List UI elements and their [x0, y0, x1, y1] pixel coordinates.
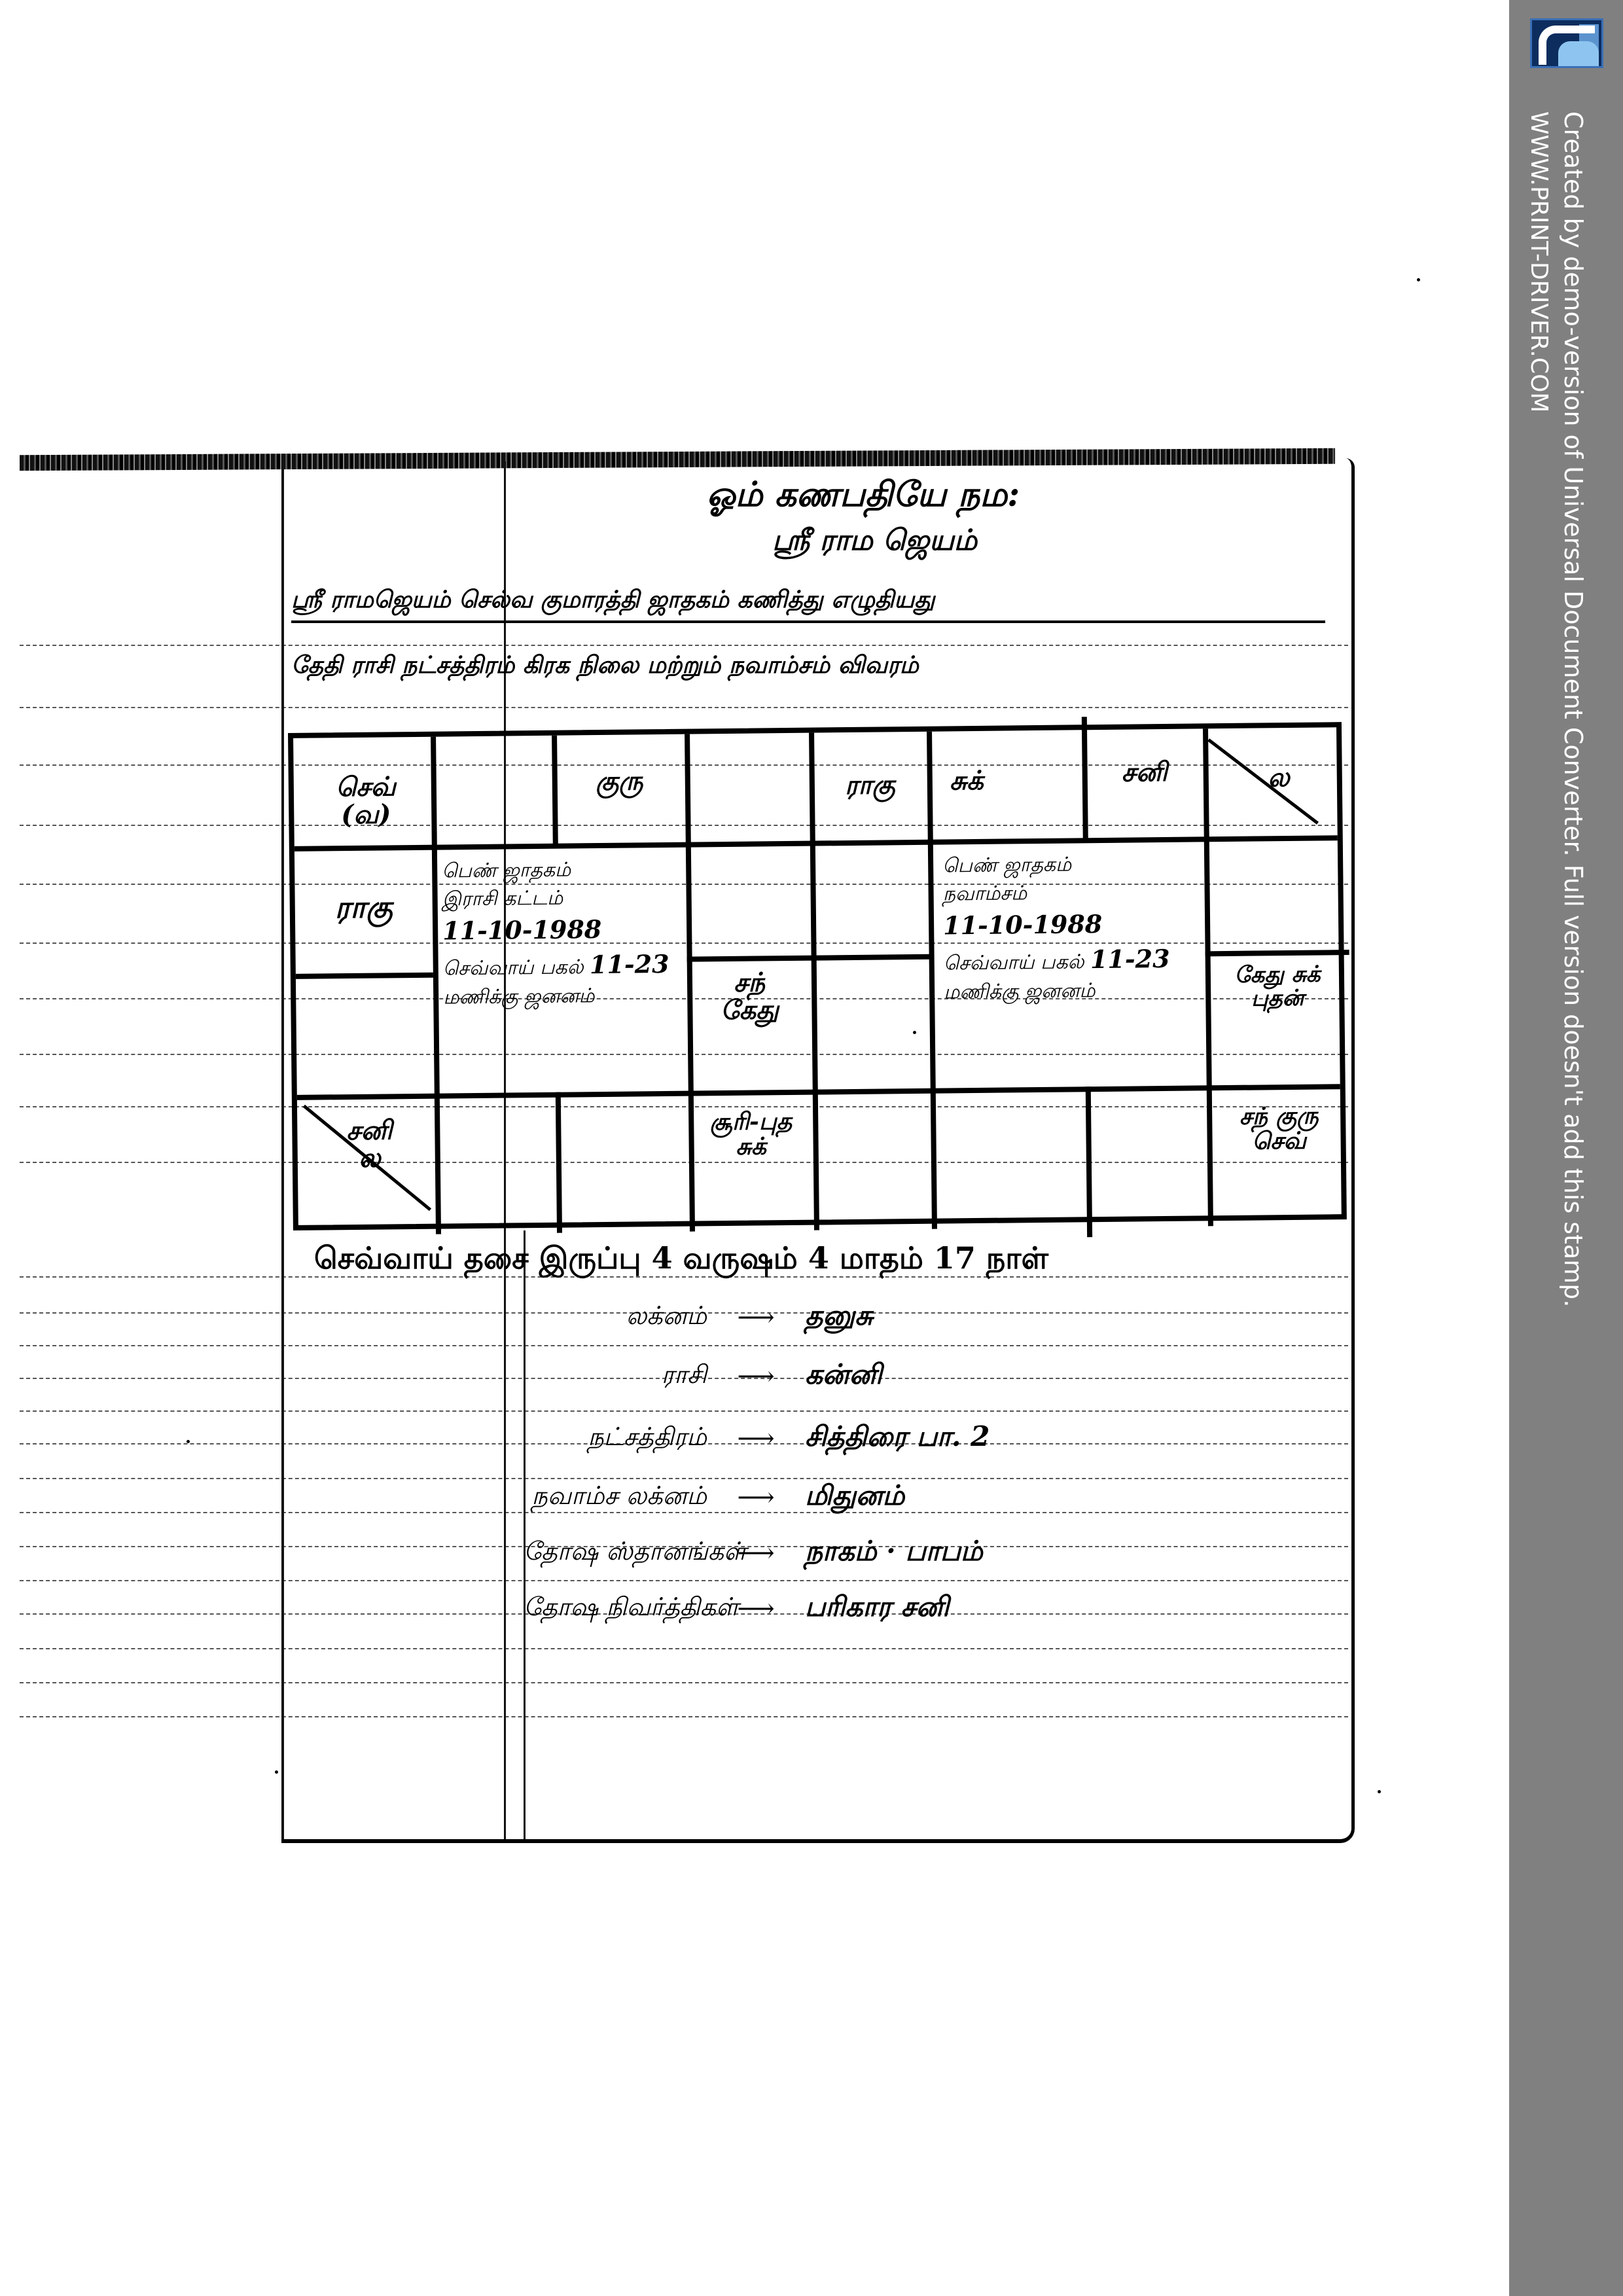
detail-row: ராசி ⟶ கன்னி [524, 1358, 882, 1394]
birth-day: செவ்வாய் பகல் [443, 956, 584, 980]
lagna-cell: ல [1230, 763, 1328, 792]
scan-speck [275, 1770, 278, 1774]
grid-line [928, 840, 937, 1229]
invocation-subtitle: ஸ்ரீ ராம ஜெயம் [772, 524, 977, 561]
birth-note: மணிக்கு ஜனனம் [944, 977, 1170, 1007]
grid-line [1205, 950, 1349, 956]
detail-value: சித்திரை பா. 2 [805, 1420, 990, 1456]
detail-row: தோஷ நிவர்த்திகள் ⟶ பரிகார சனி [524, 1590, 949, 1626]
detail-key: நட்சத்திரம் [524, 1422, 707, 1455]
house-cell: ராகு [302, 891, 426, 924]
scan-speck [1378, 1790, 1381, 1793]
lagna-cell: சனி ல [317, 1117, 422, 1173]
chart-type: நவாம்சம் [942, 878, 1169, 908]
scan-speck [942, 841, 946, 844]
scan-speck [913, 1031, 916, 1034]
grid-line [556, 1092, 562, 1233]
scan-speck [187, 1440, 190, 1443]
house-cell: சூரி-புத சுக் [688, 1109, 813, 1160]
watermark-url: WWW.PRINT-DRIVER.COM [1525, 111, 1552, 412]
house-cell: சந் கேது [687, 969, 812, 1025]
grid-line [296, 973, 433, 979]
detail-row: நட்சத்திரம் ⟶ சித்திரை பா. 2 [524, 1420, 990, 1456]
detail-row: தோஷ ஸ்தானங்கள் ⟶ நாகம் · பாபம் [524, 1535, 983, 1571]
birth-time: 11-23 [1090, 944, 1170, 974]
arrow-icon: ⟶ [707, 1538, 805, 1568]
arrow-icon: ⟶ [707, 1594, 805, 1624]
grid-line [687, 954, 933, 962]
scanned-page: ஓம் கணபதியே நம: ஸ்ரீ ராம ஜெயம் ஸ்ரீ ராமஜ… [0, 0, 1505, 2296]
house-cell: சனி [1088, 758, 1200, 787]
detail-value: நாகம் · பாபம் [805, 1535, 983, 1571]
house-cell: செவ் (வ) [307, 773, 425, 829]
chart-label: பெண் ஜாதகம் [942, 850, 1169, 880]
detail-value: பரிகார சனி [805, 1590, 949, 1626]
grid-line [1082, 717, 1088, 841]
header-line-1: ஸ்ரீ ராமஜெயம் செல்வ குமாரத்தி ஜாதகம் கணி… [291, 586, 1325, 623]
house-cell: சுக் [934, 767, 999, 795]
house-cell: குரு [559, 767, 680, 796]
scan-speck [1417, 278, 1420, 281]
house-cell: ராகு [816, 771, 924, 800]
dasa-balance: செவ்வாய் தசை இருப்பு 4 வருஷம் 4 மாதம் 17… [314, 1240, 1048, 1280]
detail-value: மிதுனம் [805, 1479, 904, 1515]
chart-label: பெண் ஜாதகம் [442, 855, 668, 886]
grid-line [1086, 1086, 1092, 1237]
birth-date: 11-10-1988 [442, 911, 669, 949]
arrow-icon: ⟶ [707, 1361, 805, 1391]
detail-key: நவாம்ச லக்னம் [524, 1481, 707, 1514]
arrow-icon: ⟶ [707, 1424, 805, 1454]
converter-logo-icon [1530, 18, 1603, 68]
grid-line [431, 737, 437, 848]
detail-row: லக்னம் ⟶ தனுசு [524, 1299, 872, 1335]
house-cell: கேது சுக் புதன் [1209, 963, 1347, 1011]
header-line-2: தேதி ராசி நட்சத்திரம் கிரக நிலை மற்றும் … [291, 651, 919, 682]
grid-line [432, 845, 441, 1234]
detail-value: தனுசு [805, 1299, 872, 1335]
arrow-icon: ⟶ [707, 1482, 805, 1513]
birth-day: செவ்வாய் பகல் [944, 950, 1084, 975]
detail-key: தோஷ ஸ்தானங்கள் [524, 1537, 707, 1570]
grid-line [297, 1084, 1340, 1100]
detail-value: கன்னி [805, 1358, 882, 1394]
invocation-title: ஓம் கணபதியே நம: [707, 475, 1020, 519]
watermark-text: Created by demo-version of Universal Doc… [1559, 111, 1588, 1307]
grid-line [927, 732, 933, 843]
grid-line [552, 736, 558, 847]
navamsa-chart-info: பெண் ஜாதகம் நவாம்சம் 11-10-1988 செவ்வாய்… [942, 850, 1170, 1007]
detail-key: தோஷ நிவர்த்திகள் [524, 1592, 707, 1625]
birth-date: 11-10-1988 [943, 906, 1169, 944]
margin-line [281, 461, 284, 1839]
detail-key: ராசி [524, 1360, 707, 1393]
arrow-icon: ⟶ [707, 1302, 805, 1333]
birth-time: 11-23 [590, 949, 669, 979]
birth-note: மணிக்கு ஜனனம் [443, 982, 669, 1012]
detail-row: நவாம்ச லக்னம் ⟶ மிதுனம் [524, 1479, 904, 1515]
detail-key: லக்னம் [524, 1301, 707, 1334]
grid-line [294, 835, 1338, 852]
house-cell: சந் குரு செவ் [1210, 1103, 1348, 1155]
chart-type: இராசி கட்டம் [442, 884, 668, 914]
rasi-chart-info: பெண் ஜாதகம் இராசி கட்டம் 11-10-1988 செவ்… [442, 855, 669, 1012]
watermark-bar: Created by demo-version of Universal Doc… [1509, 0, 1623, 2296]
horoscope-chart: செவ் (வ) குரு ராகு சுக் சனி ல ராகு பெண் … [288, 722, 1347, 1230]
